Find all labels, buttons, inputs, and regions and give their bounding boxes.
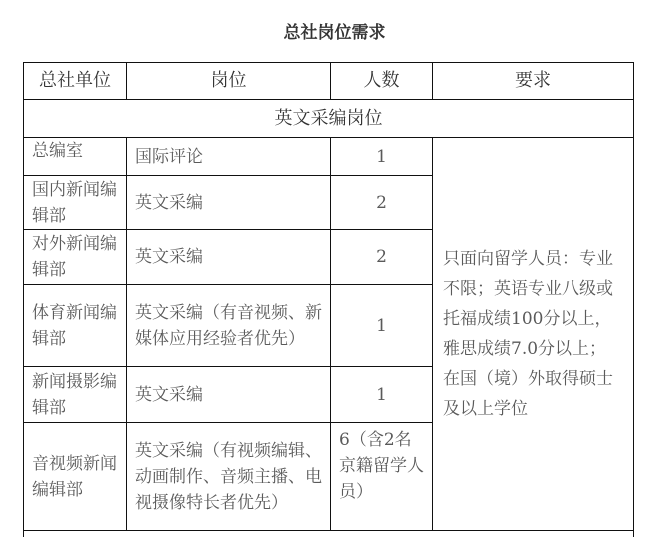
count-cell: 6（含2名京籍留学人员）: [331, 423, 433, 531]
unit-cell: 对外新闻编辑部: [24, 230, 127, 285]
unit-cell: 国内新闻编辑部: [24, 176, 127, 230]
count-cell: 1: [331, 138, 433, 176]
job-requirements-table: 总社单位 岗位 人数 要求 英文采编岗位 总编室 国际评论 1 只面向留学人员：…: [23, 62, 634, 537]
section-title: 英文采编岗位: [24, 100, 634, 138]
unit-cell: 音视频新闻编辑部: [24, 423, 127, 531]
unit-cell: 体育新闻编辑部: [24, 285, 127, 367]
table-header-row: 总社单位 岗位 人数 要求: [24, 63, 634, 100]
count-cell: 2: [331, 176, 433, 230]
count-cell: 1: [331, 285, 433, 367]
count-cell: 1: [331, 367, 433, 423]
position-cell: 国际评论: [127, 138, 331, 176]
section-row: 英文采编岗位: [24, 100, 634, 138]
position-cell: 英文采编: [127, 230, 331, 285]
header-unit: 总社单位: [24, 63, 127, 100]
table-row: 总编室 国际评论 1 只面向留学人员：专业不限；英语专业八级或托福成绩100分以…: [24, 138, 634, 176]
header-position: 岗位: [127, 63, 331, 100]
position-cell: 英文采编: [127, 367, 331, 423]
page-title: 总社岗位需求: [0, 18, 669, 43]
header-count: 人数: [331, 63, 433, 100]
position-cell: 英文采编（有音视频、新媒体应用经验者优先）: [127, 285, 331, 367]
position-cell: 英文采编（有视频编辑、动画制作、音频主播、电视摄像特长者优先）: [127, 423, 331, 531]
requirement-cell: 只面向留学人员：专业不限；英语专业八级或托福成绩100分以上，雅思成绩7.0分以…: [433, 138, 634, 531]
unit-cell: 总编室: [24, 138, 127, 176]
table-row-partial: [24, 531, 634, 537]
unit-cell: 新闻摄影编辑部: [24, 367, 127, 423]
count-cell: 2: [331, 230, 433, 285]
partial-cell: [24, 531, 634, 537]
position-cell: 英文采编: [127, 176, 331, 230]
header-requirement: 要求: [433, 63, 634, 100]
